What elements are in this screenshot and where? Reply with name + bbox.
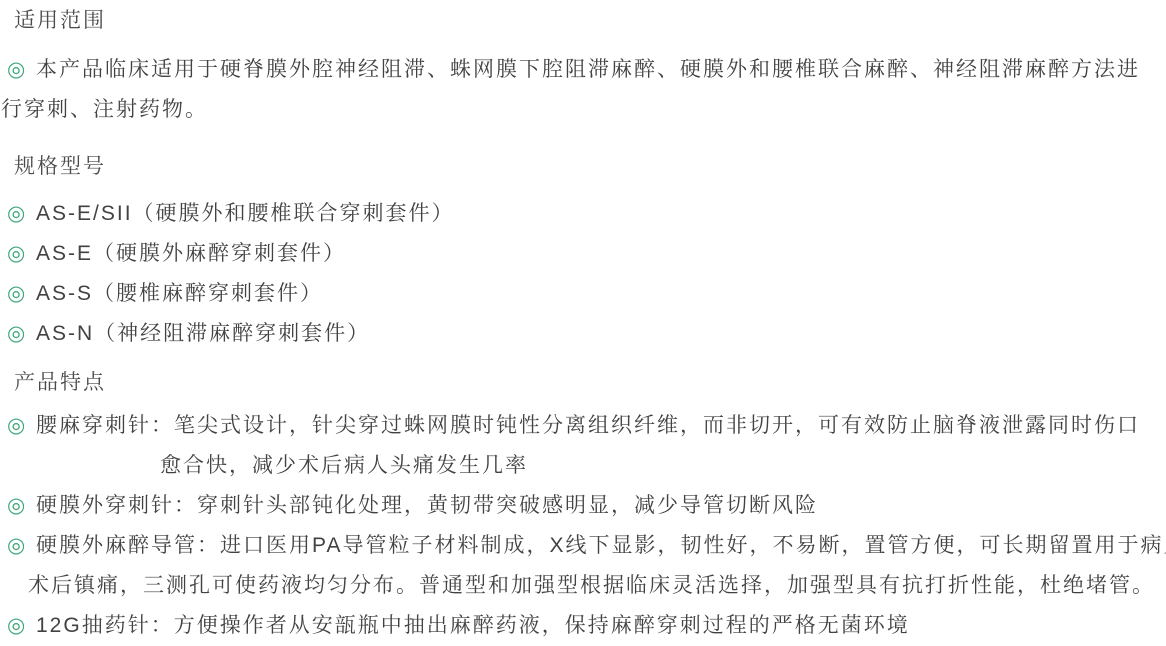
product-description-page: 适用范围 ◎ 本产品临床适用于硬脊膜外腔神经阻滞、蛛网膜下腔阻滞麻醉、硬膜外和腰… bbox=[0, 0, 1166, 646]
bullseye-bullet-icon: ◎ bbox=[7, 526, 31, 566]
list-item: ◎ AS-N（神经阻滞麻醉穿刺套件） bbox=[0, 314, 1166, 354]
item-line: 本产品临床适用于硬脊膜外腔神经阻滞、蛛网膜下腔阻滞麻醉、硬膜外和腰椎联合麻醉、神… bbox=[0, 50, 1166, 90]
section-features-items: ◎ 腰麻穿刺针：笔尖式设计，针尖穿过蛛网膜时钝性分离组织纤维，而非切开，可有效防… bbox=[0, 406, 1166, 646]
bullseye-bullet-icon: ◎ bbox=[7, 50, 31, 90]
list-item: ◎ 本产品临床适用于硬脊膜外腔神经阻滞、蛛网膜下腔阻滞麻醉、硬膜外和腰椎联合麻醉… bbox=[0, 50, 1166, 130]
item-line: AS-N（神经阻滞麻醉穿刺套件） bbox=[0, 314, 1166, 354]
item-line: 硬膜外穿刺针：穿刺针头部钝化处理，黄韧带突破感明显，减少导管切断风险 bbox=[0, 486, 1166, 526]
item-line: AS-E（硬膜外麻醉穿刺套件） bbox=[0, 234, 1166, 274]
item-line: 12G抽药针：方便操作者从安瓿瓶中抽出麻醉药液，保持麻醉穿刺过程的严格无菌环境 bbox=[0, 606, 1166, 646]
bullseye-bullet-icon: ◎ bbox=[7, 234, 31, 274]
bullseye-bullet-icon: ◎ bbox=[7, 406, 31, 446]
list-item: ◎ 硬膜外麻醉导管：进口医用PA导管粒子材料制成，X线下显影，韧性好，不易断，置… bbox=[0, 526, 1166, 606]
list-item: ◎ 硬膜外穿刺针：穿刺针头部钝化处理，黄韧带突破感明显，减少导管切断风险 bbox=[0, 486, 1166, 526]
bullseye-bullet-icon: ◎ bbox=[7, 314, 31, 354]
section-models-items: ◎ AS-E/SII（硬膜外和腰椎联合穿刺套件） ◎ AS-E（硬膜外麻醉穿刺套… bbox=[0, 194, 1166, 354]
item-line: 行穿刺、注射药物。 bbox=[0, 90, 1166, 130]
item-line: AS-S（腰椎麻醉穿刺套件） bbox=[0, 274, 1166, 314]
section-scope-items: ◎ 本产品临床适用于硬脊膜外腔神经阻滞、蛛网膜下腔阻滞麻醉、硬膜外和腰椎联合麻醉… bbox=[0, 50, 1166, 130]
list-item: ◎ AS-S（腰椎麻醉穿刺套件） bbox=[0, 274, 1166, 314]
item-line: 术后镇痛，三测孔可使药液均匀分布。普通型和加强型根据临床灵活选择，加强型具有抗打… bbox=[0, 566, 1166, 606]
item-line: 硬膜外麻醉导管：进口医用PA导管粒子材料制成，X线下显影，韧性好，不易断，置管方… bbox=[0, 526, 1166, 566]
list-item: ◎ AS-E/SII（硬膜外和腰椎联合穿刺套件） bbox=[0, 194, 1166, 234]
bullseye-bullet-icon: ◎ bbox=[7, 194, 31, 234]
bullseye-bullet-icon: ◎ bbox=[7, 274, 31, 314]
section-title-features: 产品特点 bbox=[0, 368, 1166, 398]
list-item: ◎ 腰麻穿刺针：笔尖式设计，针尖穿过蛛网膜时钝性分离组织纤维，而非切开，可有效防… bbox=[0, 406, 1166, 486]
list-item: ◎ 12G抽药针：方便操作者从安瓿瓶中抽出麻醉药液，保持麻醉穿刺过程的严格无菌环… bbox=[0, 606, 1166, 646]
item-line: 愈合快，减少术后病人头痛发生几率 bbox=[0, 446, 1166, 486]
item-line: 腰麻穿刺针：笔尖式设计，针尖穿过蛛网膜时钝性分离组织纤维，而非切开，可有效防止脑… bbox=[0, 406, 1166, 446]
list-item: ◎ AS-E（硬膜外麻醉穿刺套件） bbox=[0, 234, 1166, 274]
section-title-models: 规格型号 bbox=[0, 152, 1166, 182]
section-title-scope: 适用范围 bbox=[0, 0, 1166, 36]
bullseye-bullet-icon: ◎ bbox=[7, 486, 31, 526]
item-line: AS-E/SII（硬膜外和腰椎联合穿刺套件） bbox=[0, 194, 1166, 234]
bullseye-bullet-icon: ◎ bbox=[7, 606, 31, 646]
